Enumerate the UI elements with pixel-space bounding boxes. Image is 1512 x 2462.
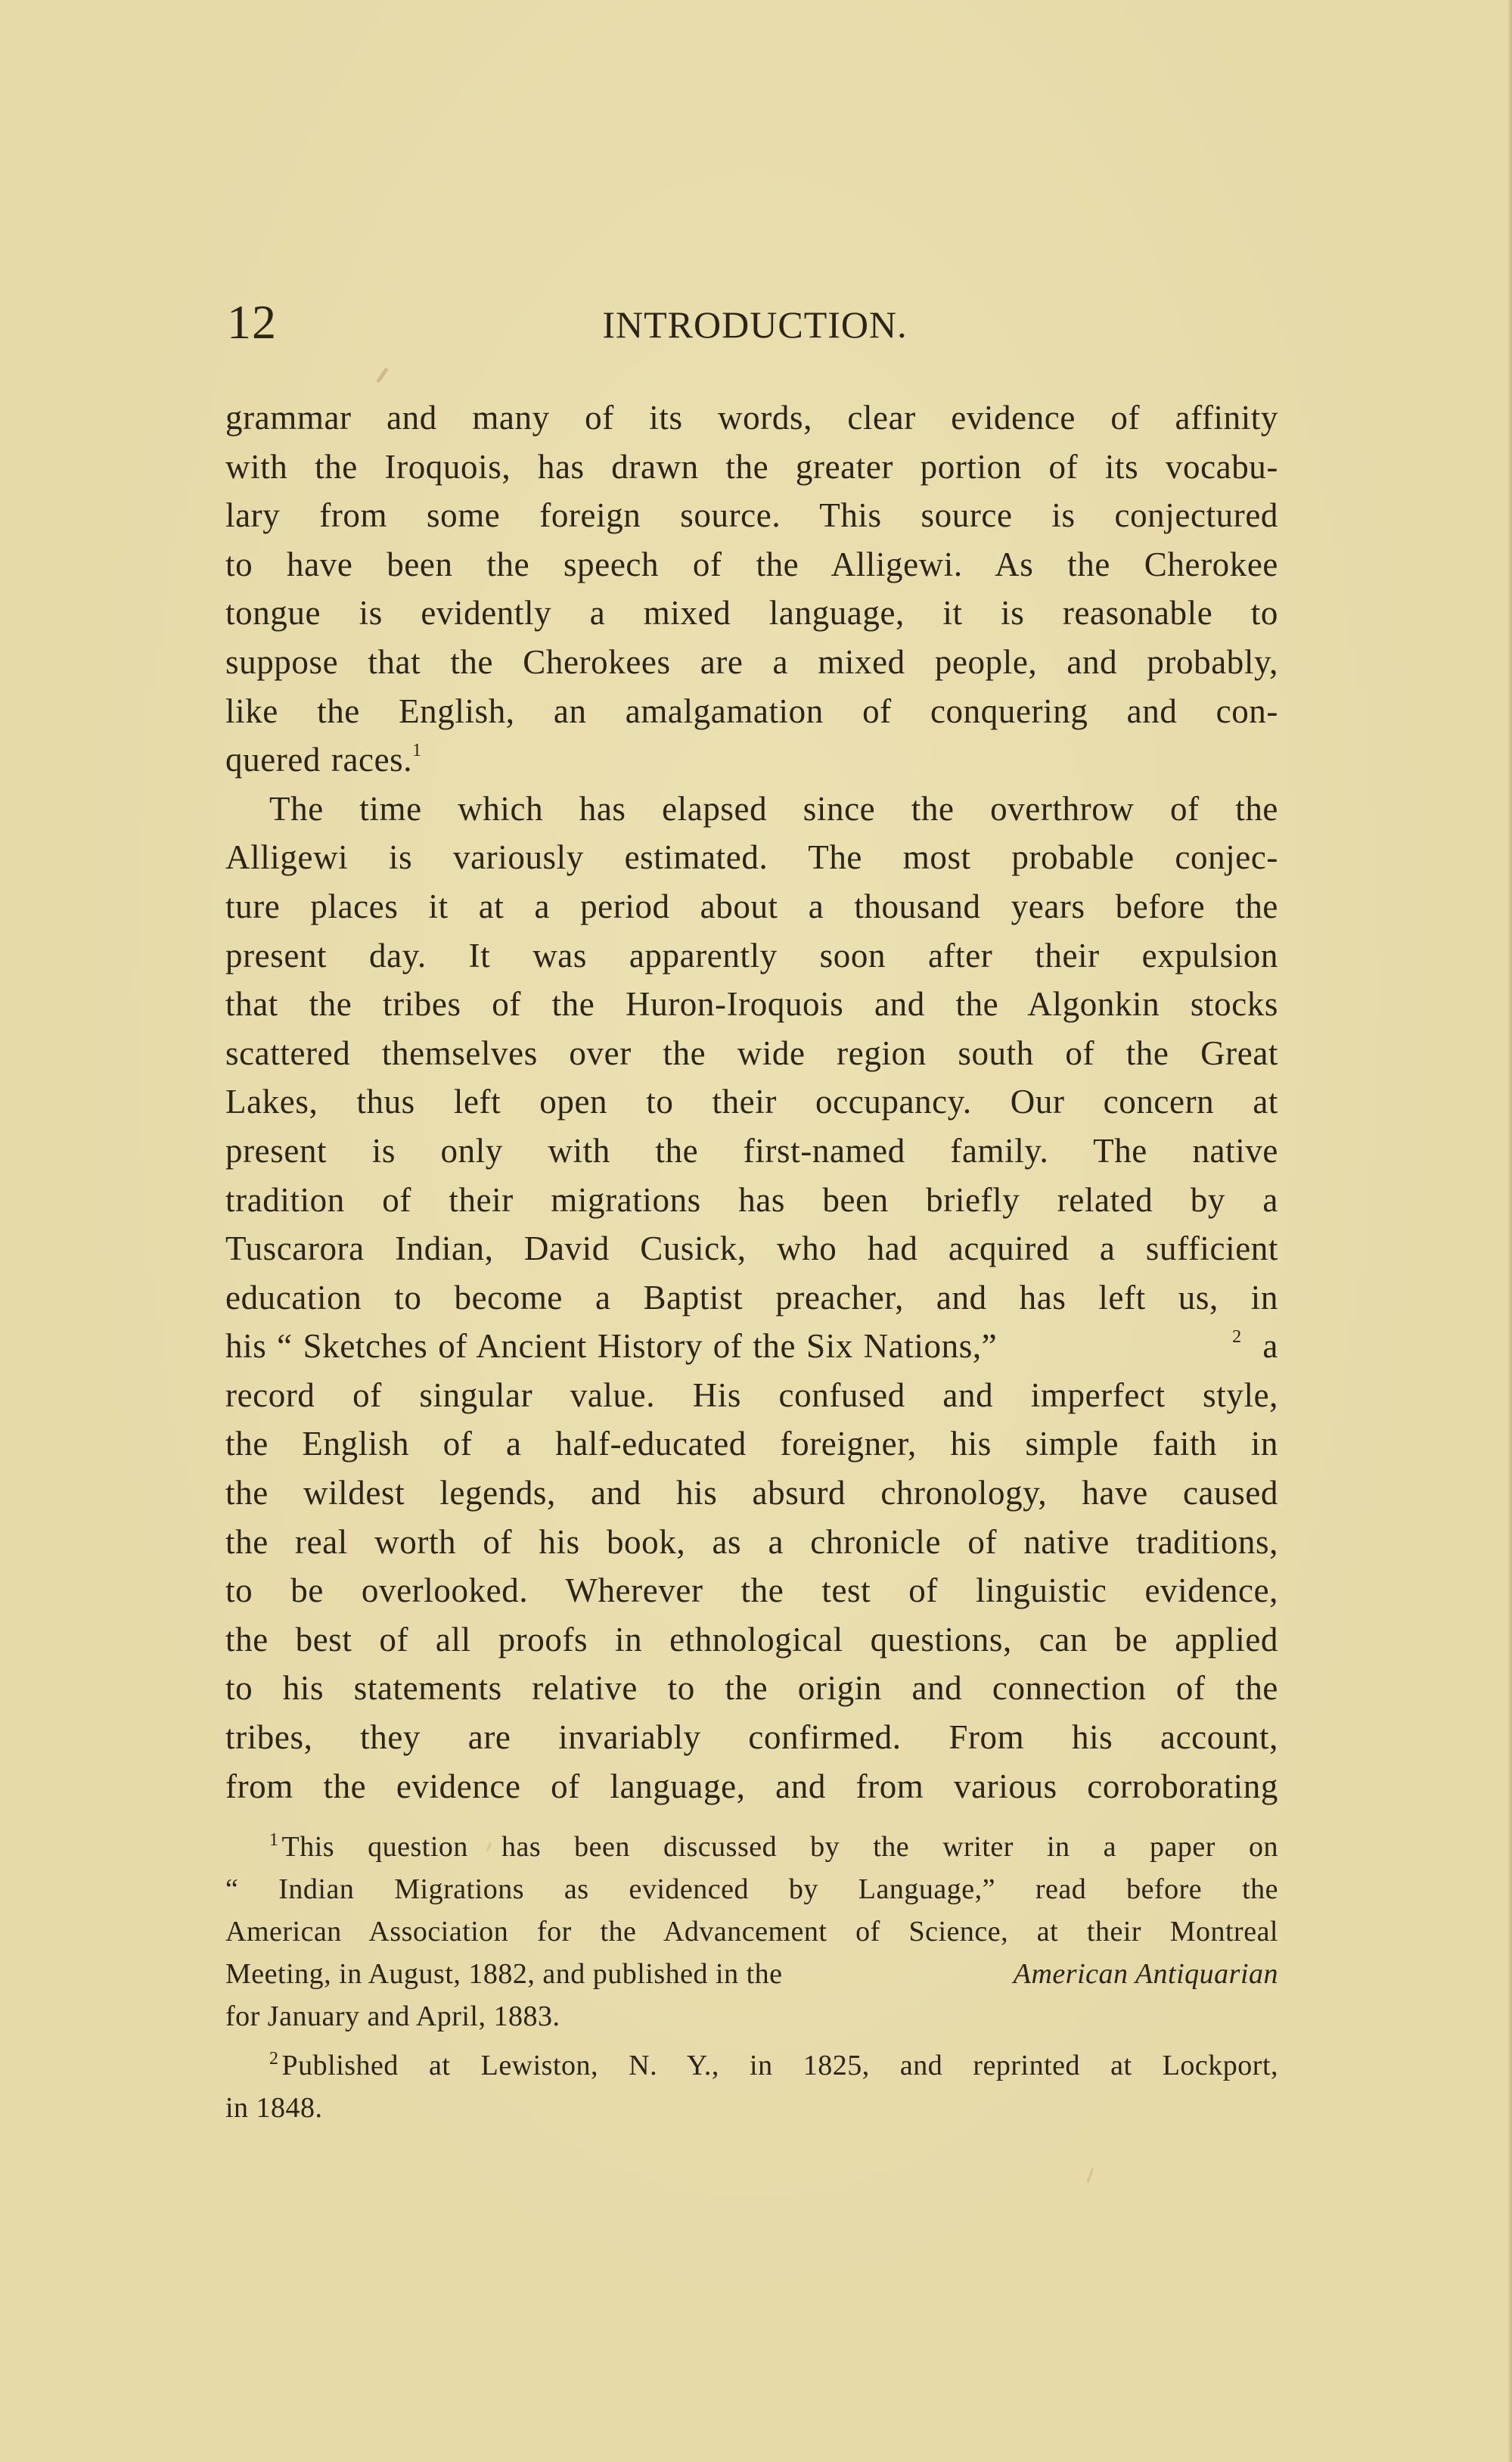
text-line: ture places it at a period about a thous… xyxy=(225,882,1278,931)
text-line: education to become a Baptist preacher, … xyxy=(225,1273,1278,1323)
paper-speck xyxy=(1087,2168,1094,2183)
text-line: to be overlooked. Wherever the test of l… xyxy=(225,1566,1278,1615)
scanned-book-page: 12 INTRODUCTION. grammar and many of its… xyxy=(0,0,1512,2462)
footnote-line: American Association for the Advancement… xyxy=(225,1910,1278,1953)
text-word: a xyxy=(1262,1327,1278,1365)
body-text: grammar and many of its words, clear evi… xyxy=(225,393,1278,1811)
footnote-text: Meeting, in August, 1882, and published … xyxy=(225,1953,783,1995)
text-line: present is only with the first-named fam… xyxy=(225,1127,1278,1176)
text-line: like the English, an amalgamation of con… xyxy=(225,687,1278,736)
text-line: record of singular value. His confused a… xyxy=(225,1371,1278,1420)
text-line: with the Iroquois, has drawn the greater… xyxy=(225,443,1278,492)
page-edge-shadow xyxy=(1507,0,1512,2462)
footnote-marker: 1 xyxy=(269,1830,279,1850)
text-line: tradition of their migrations has been b… xyxy=(225,1176,1278,1225)
text-line: Lakes, thus left open to their occupancy… xyxy=(225,1077,1278,1127)
footnote-gap xyxy=(225,2038,1278,2044)
footnote-1: 1This question has been discussed by the… xyxy=(225,1826,1278,2038)
text-line: to his statements relative to the origin… xyxy=(225,1664,1278,1713)
footnote-line: for January and April, 1883. xyxy=(225,1995,1278,2038)
text-line: Tuscarora Indian, David Cusick, who had … xyxy=(225,1224,1278,1273)
footnote-line: in 1848. xyxy=(225,2087,1278,2129)
footnote-line: 2Published at Lewiston, N. Y., in 1825, … xyxy=(225,2044,1278,2087)
text-line: the best of all proofs in ethnological q… xyxy=(225,1615,1278,1665)
text-line: his “ Sketches of Ancient History of the… xyxy=(225,1322,1278,1371)
footnote-reference-1[interactable]: 1 xyxy=(412,741,422,760)
footnote-line: “ Indian Migrations as evidenced by Lang… xyxy=(225,1868,1278,1910)
text-line: suppose that the Cherokees are a mixed p… xyxy=(225,638,1278,687)
text-line: tribes, they are invariably confirmed. F… xyxy=(225,1713,1278,1762)
journal-title: American Antiquarian xyxy=(1014,1953,1278,1995)
text-line: tongue is evidently a mixed language, it… xyxy=(225,589,1278,638)
text-line-content: quered races. xyxy=(225,741,412,779)
footnote-text: This question has been discussed by the … xyxy=(282,1831,1279,1863)
running-title: INTRODUCTION. xyxy=(225,306,1284,343)
text-line: grammar and many of its words, clear evi… xyxy=(225,393,1278,443)
footnote-line: Meeting, in August, 1882, and published … xyxy=(225,1953,1278,1995)
text-line: from the evidence of language, and from … xyxy=(225,1762,1278,1811)
text-line: to have been the speech of the Alligewi.… xyxy=(225,540,1278,589)
paper-speck xyxy=(376,368,389,384)
text-line: scattered themselves over the wide regio… xyxy=(225,1029,1278,1078)
text-line-content: his “ Sketches of Ancient History of the… xyxy=(225,1322,997,1371)
text-line: present day. It was apparently soon afte… xyxy=(225,931,1278,981)
paragraph-first-line: The time which has elapsed since the ove… xyxy=(225,785,1278,834)
footnotes: 1This question has been discussed by the… xyxy=(225,1826,1278,2129)
text-line: the wildest legends, and his absurd chro… xyxy=(225,1469,1278,1518)
footnote-line: 1This question has been discussed by the… xyxy=(225,1826,1278,1868)
text-line: quered races.1 xyxy=(225,735,1278,785)
footnote-marker: 2 xyxy=(269,2049,279,2069)
text-line: Alligewi is variously estimated. The mos… xyxy=(225,833,1278,882)
footnote-text: Published at Lewiston, N. Y., in 1825, a… xyxy=(282,2050,1279,2081)
footnote-reference-2[interactable]: 2 xyxy=(1232,1327,1242,1347)
text-line: the English of a half-educated foreigner… xyxy=(225,1419,1278,1469)
text-line: that the tribes of the Huron-Iroquois an… xyxy=(225,980,1278,1029)
text-line: the real worth of his book, as a chronic… xyxy=(225,1518,1278,1567)
footnote-2: 2Published at Lewiston, N. Y., in 1825, … xyxy=(225,2044,1278,2129)
text-line: lary from some foreign source. This sour… xyxy=(225,491,1278,540)
text-line-tail: 2 a xyxy=(1232,1322,1278,1371)
running-head: 12 INTRODUCTION. xyxy=(225,300,1278,345)
